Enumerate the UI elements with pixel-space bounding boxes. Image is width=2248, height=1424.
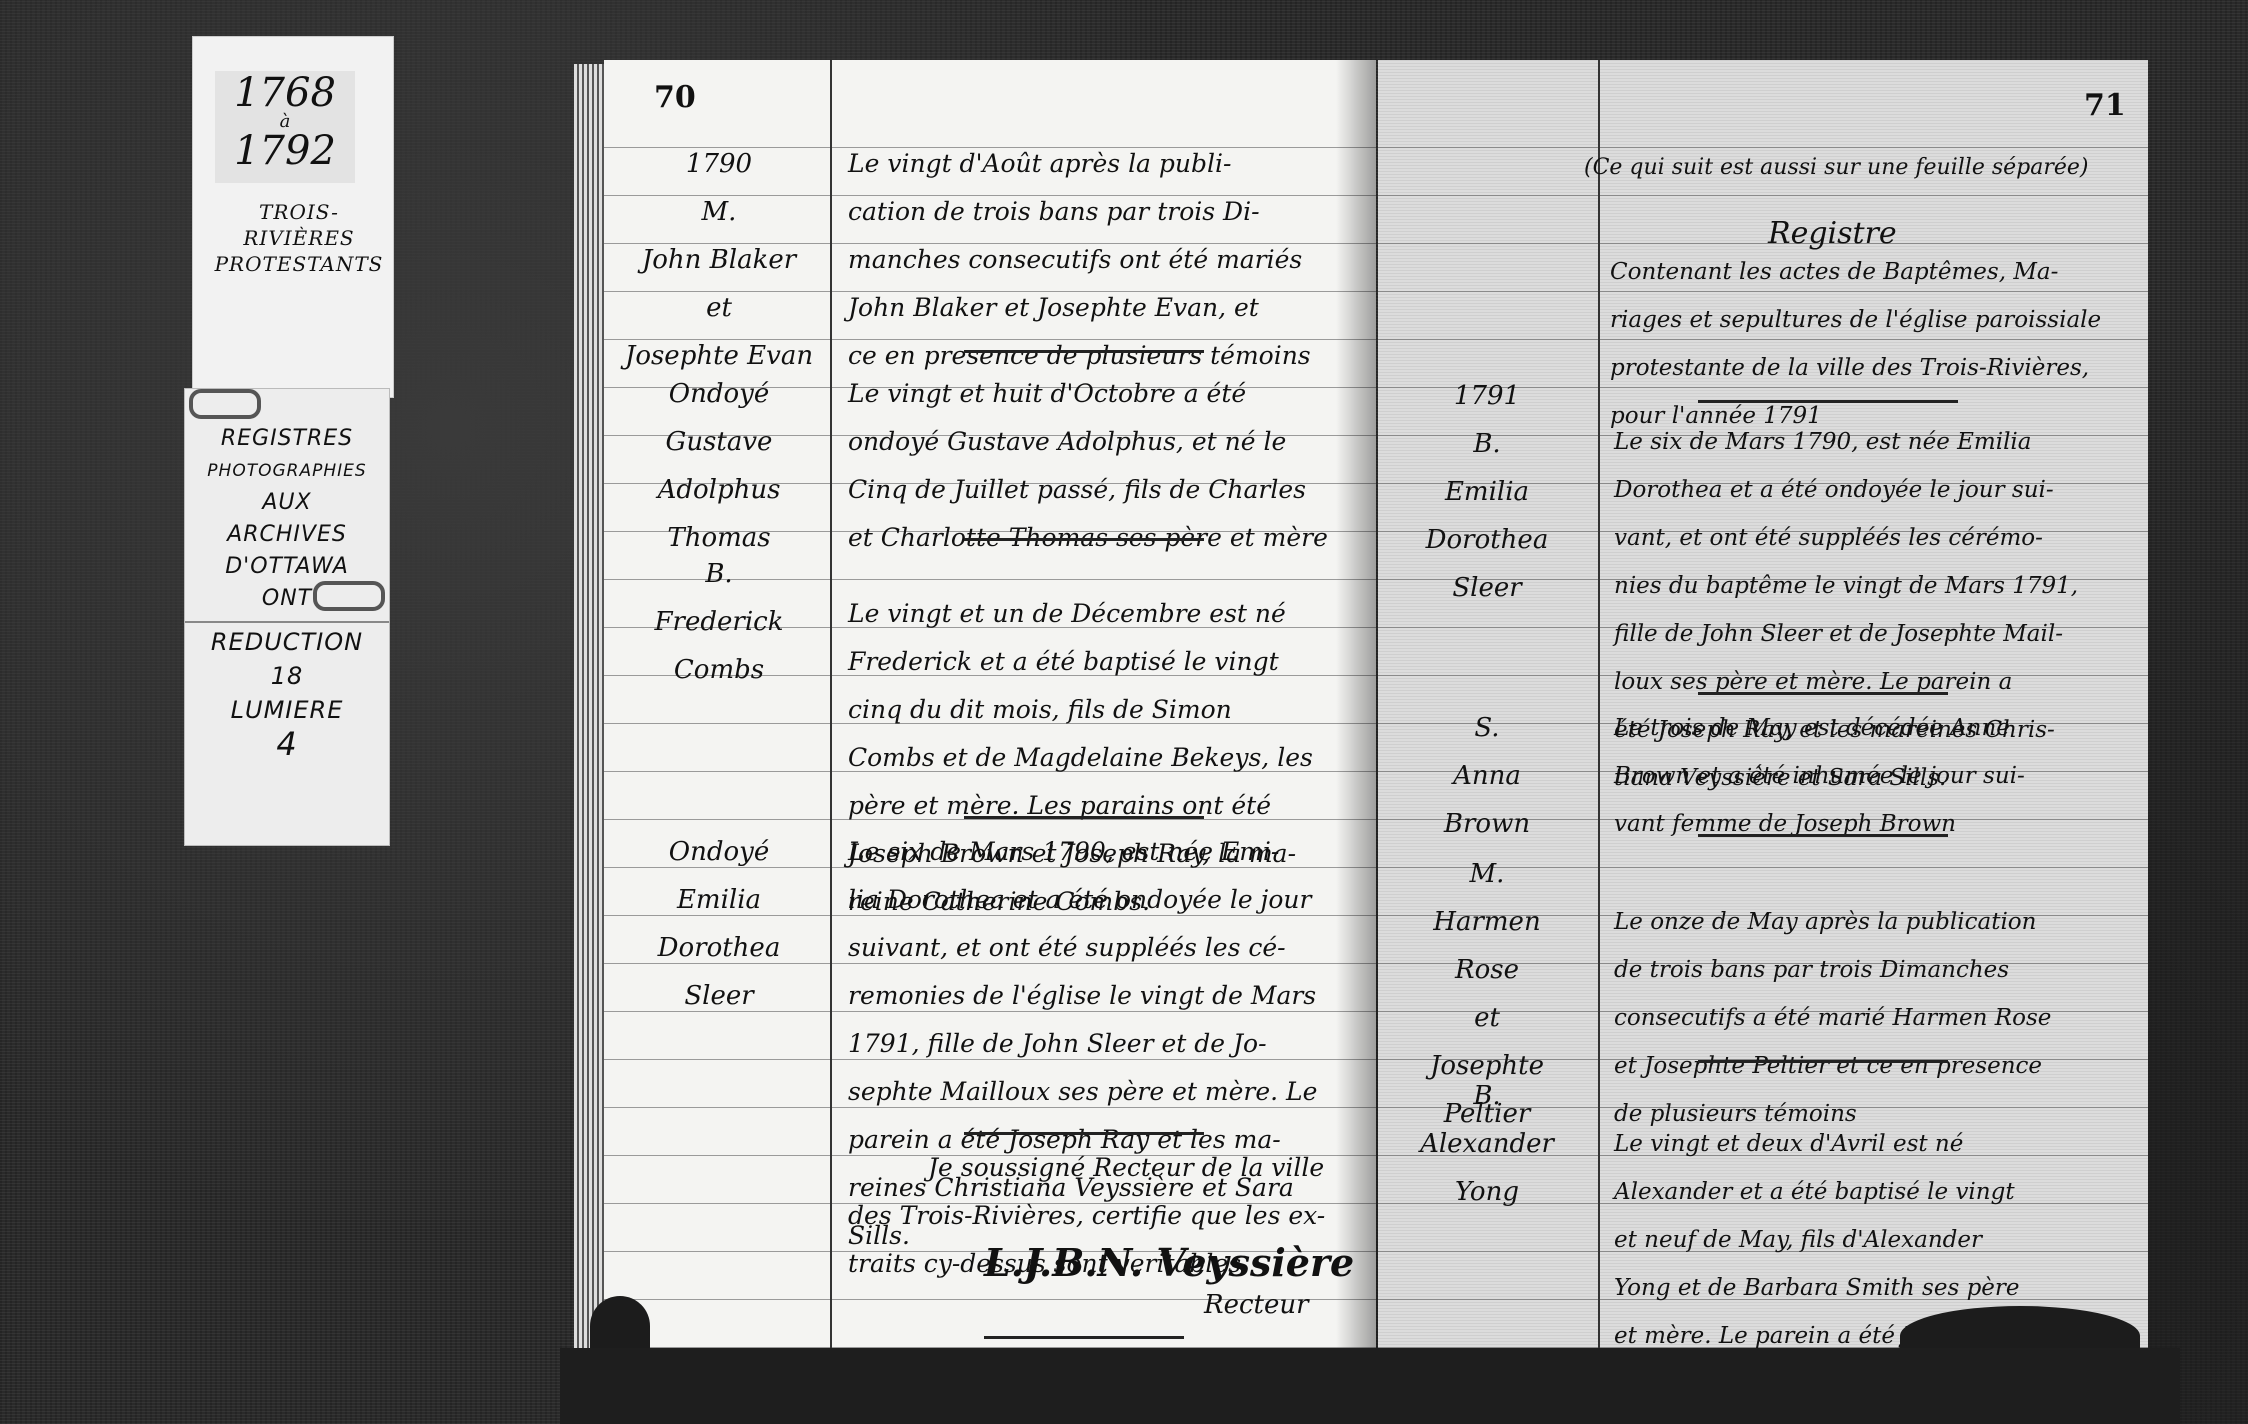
bottom-shadow <box>560 1348 2180 1424</box>
entry-line: cinq du dit mois, fils de Simon <box>848 686 1313 734</box>
entry-line: Le vingt et deux d'Avril est né <box>1614 1120 2093 1168</box>
entry-line: père et mère. Les parains ont été <box>848 782 1313 830</box>
margin-line: et <box>614 284 824 332</box>
label-place-line2: PROTESTANTS <box>209 251 389 277</box>
entry-line: sephte Mailloux ses père et mère. Le <box>848 1068 1317 1116</box>
entry-line: Cinq de Juillet passé, fils de Charles <box>848 466 1328 514</box>
margin-line: B. <box>614 550 824 598</box>
label-line: ARCHIVES <box>195 519 379 551</box>
margin-line: Ondoyé <box>614 370 824 418</box>
entry-line: John Blaker et Josephte Evan, et <box>848 284 1311 332</box>
entry-line: Combs et de Magdelaine Bekeys, les <box>848 734 1313 782</box>
header-note: (Ce qui suit est aussi sur une feuille s… <box>1584 144 2089 192</box>
register-description: Contenant les actes de Baptêmes, Ma- ria… <box>1610 248 2101 440</box>
entry-line: Le vingt et un de Décembre est né <box>848 590 1313 638</box>
entry-line: 1791, fille de John Sleer et de Jo- <box>848 1020 1317 1068</box>
margin-line: Emilia <box>614 876 824 924</box>
entry-line: Le vingt et huit d'Octobre a été <box>848 370 1328 418</box>
entry-line: et neuf de May, fils d'Alexander <box>1614 1216 2093 1264</box>
entry-line: suivant, et ont été suppléés les cé- <box>848 924 1317 972</box>
margin-line: B. <box>1382 420 1592 468</box>
margin-line: 1791 <box>1382 372 1592 420</box>
entry-line: loux ses père et mère. Le parein a <box>1614 658 2078 706</box>
entry-separator <box>1698 834 1948 837</box>
entry-separator <box>964 538 1204 541</box>
margin-column-divider <box>830 60 832 1350</box>
margin-line: Frederick <box>614 598 824 646</box>
entry-margin: B. Alexander Yong <box>1382 1072 1592 1216</box>
entry-separator <box>964 816 1204 819</box>
entry-line: vant femme de Joseph Brown <box>1614 800 2025 848</box>
signature-title: Recteur <box>1204 1290 1309 1320</box>
archive-label-card: 1768 à 1792 TROIS-RIVIÈRES PROTESTANTS <box>192 36 394 398</box>
margin-line: John Blaker <box>614 236 824 284</box>
label-year-range: 1768 à 1792 <box>215 71 355 183</box>
margin-line: Combs <box>614 646 824 694</box>
margin-line: et <box>1382 994 1592 1042</box>
certification-line: Je soussigné Recteur de la ville <box>848 1144 1325 1192</box>
margin-line: Sleer <box>614 972 824 1020</box>
margin-line: Harmen <box>1382 898 1592 946</box>
register-desc-line: protestante de la ville des Trois-Rivièr… <box>1610 344 2101 392</box>
label-line: ONT <box>195 583 379 615</box>
margin-line: M. <box>614 188 824 236</box>
margin-line: B. <box>1382 1072 1592 1120</box>
entry-separator <box>964 350 1204 353</box>
entry-line: lia Dorothea et a été ondoyée le jour <box>848 876 1317 924</box>
label-line: REGISTRES <box>195 423 379 455</box>
label-lumiere-value: 4 <box>195 727 379 761</box>
entry-text: Le trois de May est décédée Anne Brown e… <box>1614 704 2025 848</box>
margin-line: M. <box>1382 850 1592 898</box>
entry-separator <box>1698 692 1948 695</box>
margin-line: Alexander <box>1382 1120 1592 1168</box>
margin-line: Dorothea <box>1382 516 1592 564</box>
register-desc-line: riages et sepultures de l'église paroiss… <box>1610 296 2101 344</box>
certification-line: des Trois-Rivières, certifie que les ex- <box>848 1192 1325 1240</box>
label-place-line1: TROIS-RIVIÈRES <box>209 199 389 251</box>
label-line: D'OTTAWA <box>195 551 379 583</box>
left-page: 70 1790 M. John Blaker et Josephte Evan … <box>604 60 1376 1350</box>
margin-line: Anna <box>1382 752 1592 800</box>
entry-separator <box>1698 400 1958 403</box>
margin-line: 1790 <box>614 140 824 188</box>
entry-line: nies du baptême le vingt de Mars 1791, <box>1614 562 2078 610</box>
label-divider <box>185 621 389 623</box>
label-line: AUX <box>195 487 379 519</box>
entry-line: fille de John Sleer et de Josephte Mail- <box>1614 610 2078 658</box>
entry-line: Le vingt d'Août après la publi- <box>848 140 1311 188</box>
entry-line: Le trois de May est décédée Anne <box>1614 704 2025 752</box>
entry-line: Brown et a été inhumée le jour sui- <box>1614 752 2025 800</box>
margin-line: Brown <box>1382 800 1592 848</box>
label-year-sep: à <box>215 115 355 129</box>
archive-label-slip: REGISTRES PHOTOGRAPHIES AUX ARCHIVES D'O… <box>184 388 390 846</box>
entry-line: Le six de Mars 1790, est née Emi- <box>848 828 1317 876</box>
margin-line: Emilia <box>1382 468 1592 516</box>
margin-line: Rose <box>1382 946 1592 994</box>
page-number: 70 <box>654 80 696 115</box>
label-place: TROIS-RIVIÈRES PROTESTANTS <box>209 199 389 277</box>
label-year-to: 1792 <box>234 128 336 174</box>
entry-text: Le vingt d'Août après la publi- cation d… <box>848 140 1311 380</box>
margin-line: Yong <box>1382 1168 1592 1216</box>
label-line: PHOTOGRAPHIES <box>195 455 379 487</box>
label-year-from: 1768 <box>234 70 336 116</box>
entry-line: consecutifs a été marié Harmen Rose <box>1614 994 2051 1042</box>
entry-line: Yong et de Barbara Smith ses père <box>1614 1264 2093 1312</box>
margin-line: Dorothea <box>614 924 824 972</box>
margin-line: Adolphus <box>614 466 824 514</box>
rector-signature: L.J.B.N. Veyssière <box>984 1240 1354 1285</box>
page-number: 71 <box>2084 88 2126 123</box>
paperclip-icon <box>189 389 261 419</box>
entry-line: remonies de l'église le vingt de Mars <box>848 972 1317 1020</box>
entry-line: Frederick et a été baptisé le vingt <box>848 638 1313 686</box>
entry-separator <box>964 1132 1204 1135</box>
entry-line: manches consecutifs ont été mariés <box>848 236 1311 284</box>
book-page-edges <box>574 64 604 1354</box>
margin-line: Sleer <box>1382 564 1592 612</box>
entry-line: Le onze de May après la publication <box>1614 898 2051 946</box>
entry-line: ondoyé Gustave Adolphus, et né le <box>848 418 1328 466</box>
right-page: 71 (Ce qui suit est aussi sur une feuill… <box>1378 60 2148 1350</box>
label-reduction-label: REDUCTION <box>195 625 379 659</box>
entry-margin: 1791 B. Emilia Dorothea Sleer <box>1382 372 1592 612</box>
entry-line: Alexander et a été baptisé le vingt <box>1614 1168 2093 1216</box>
thumb-left <box>590 1296 650 1356</box>
entry-margin: Ondoyé Emilia Dorothea Sleer <box>614 828 824 1020</box>
entry-line: Le six de Mars 1790, est née Emilia <box>1614 418 2078 466</box>
label-reduction-value: 18 <box>195 659 379 693</box>
entry-line: cation de trois bans par trois Di- <box>848 188 1311 236</box>
label-archive-lines: REGISTRES PHOTOGRAPHIES AUX ARCHIVES D'O… <box>195 423 379 615</box>
label-reduction-block: REDUCTION 18 LUMIERE 4 <box>195 625 379 761</box>
entry-separator <box>984 1336 1184 1339</box>
entry-line: de trois bans par trois Dimanches <box>1614 946 2051 994</box>
entry-line: Dorothea et a été ondoyée le jour sui- <box>1614 466 2078 514</box>
entry-margin: B. Frederick Combs <box>614 550 824 694</box>
entry-line: vant, et ont été suppléés les cérémo- <box>1614 514 2078 562</box>
register-desc-line: Contenant les actes de Baptêmes, Ma- <box>1610 248 2101 296</box>
margin-line: S. <box>1382 704 1592 752</box>
entry-text: Le vingt et huit d'Octobre a été ondoyé … <box>848 370 1328 562</box>
margin-line: Gustave <box>614 418 824 466</box>
entry-text: Le onze de May après la publication de t… <box>1614 898 2051 1138</box>
margin-column-divider <box>1598 60 1600 1350</box>
label-lumiere-label: LUMIERE <box>195 693 379 727</box>
entry-margin: Ondoyé Gustave Adolphus Thomas <box>614 370 824 562</box>
entry-margin: S. Anna Brown <box>1382 704 1592 848</box>
margin-line: Ondoyé <box>614 828 824 876</box>
entry-line: et Josephte Peltier et ce en presence <box>1614 1042 2051 1090</box>
entry-margin: 1790 M. John Blaker et Josephte Evan <box>614 140 824 380</box>
entry-separator <box>1698 1060 1948 1063</box>
